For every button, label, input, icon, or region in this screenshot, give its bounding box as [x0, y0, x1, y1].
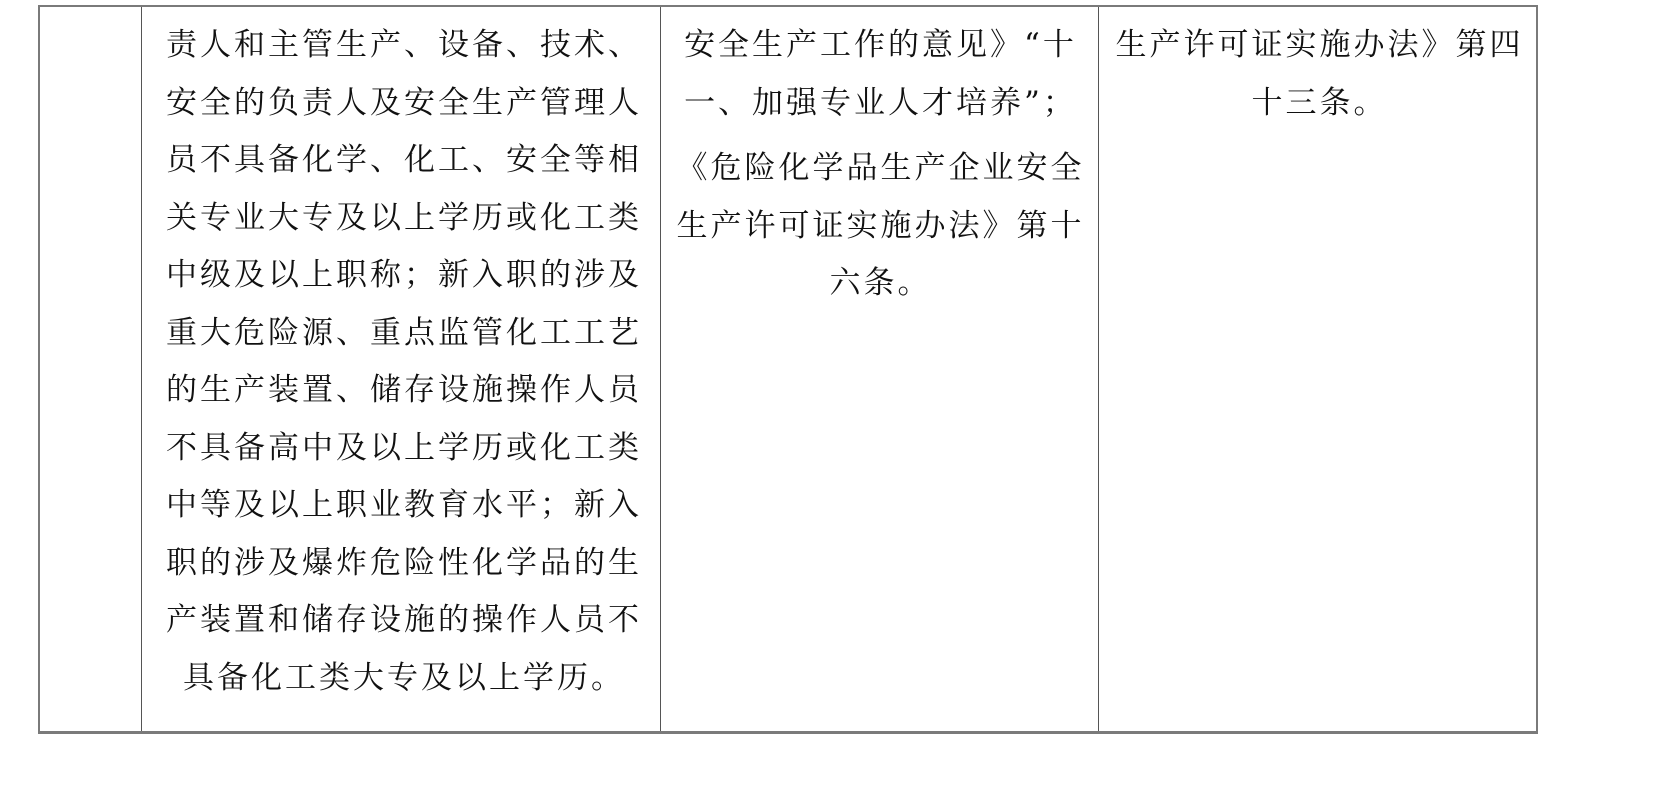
basis-paragraph: 安全生产工作的意见》“十一、加强专业人才培养”； [665, 17, 1096, 132]
regulation-table: 责人和主管生产、设备、技术、安全的负责人及安全生产管理人员不具备化学、化工、安全… [38, 5, 1538, 734]
basis-paragraph: 《危险化学品生产企业安全生产许可证实施办法》第十六条。 [665, 140, 1096, 313]
table-cell-violation: 责人和主管生产、设备、技术、安全的负责人及安全生产管理人员不具备化学、化工、安全… [142, 7, 661, 731]
cell-text: 责人和主管生产、设备、技术、安全的负责人及安全生产管理人员不具备化学、化工、安全… [142, 7, 660, 707]
table-cell-basis: 安全生产工作的意见》“十一、加强专业人才培养”； 《危险化学品生产企业安全生产许… [661, 7, 1099, 731]
table-cell-index [40, 7, 142, 731]
cell-text: 生产许可证实施办法》第四十三条。 [1099, 7, 1538, 132]
table-cell-penalty-basis: 生产许可证实施办法》第四十三条。 [1099, 7, 1538, 731]
cell-text: 安全生产工作的意见》“十一、加强专业人才培养”； 《危险化学品生产企业安全生产许… [661, 7, 1098, 313]
